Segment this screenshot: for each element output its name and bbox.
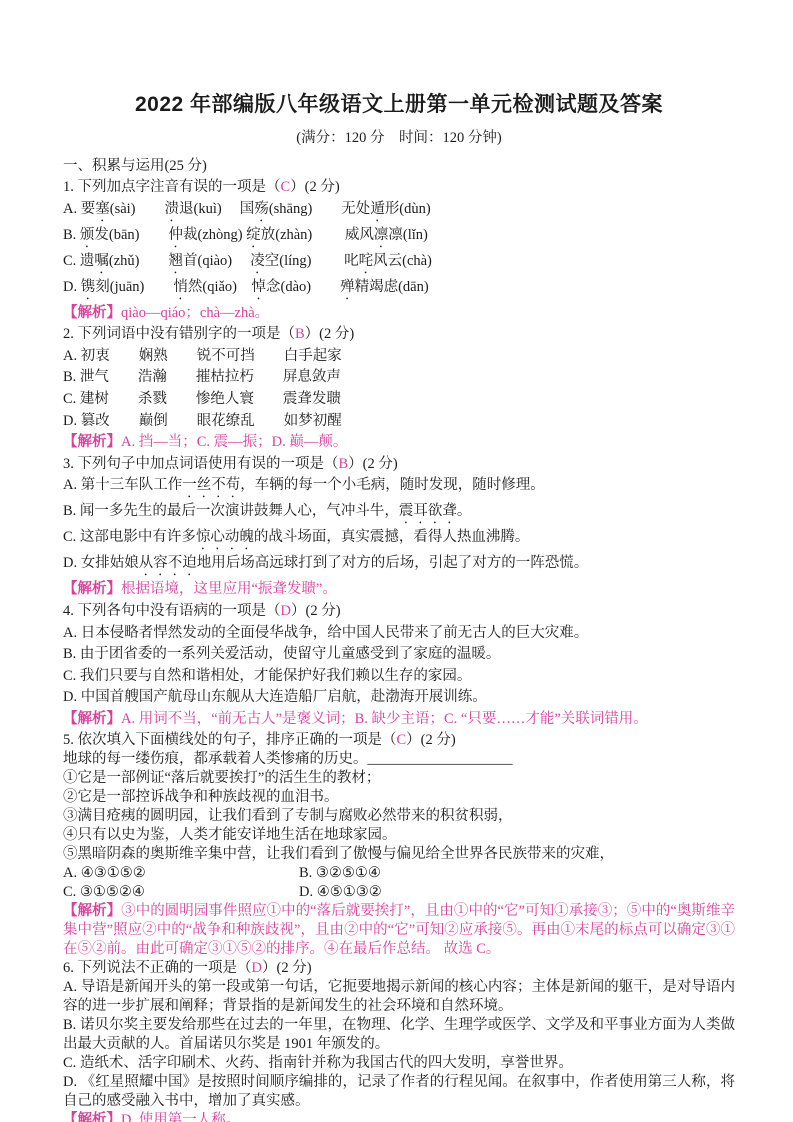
question-6: 6. 下列说法不正确的一项是（D）(2 分) A. 导语是新闻开头的第一段或第一… <box>63 959 735 1122</box>
answer-letter: C <box>397 732 407 748</box>
question-6-prompt: 6. 下列说法不正确的一项是（D）(2 分) <box>63 959 735 978</box>
option-line: C. 建树 杀戮 惨绝人寰 震聋发聩 <box>63 389 735 411</box>
answer-letter: D <box>281 603 291 619</box>
option-line: B. 诺贝尔奖主要发给那些在过去的一年里，在物理、化学、生理学或医学、文学及和平… <box>63 1016 735 1054</box>
analysis-label: 【解析】 <box>63 1112 121 1122</box>
analysis-label: 【解析】 <box>63 305 121 321</box>
prompt-text: ）(2 分) <box>290 179 340 195</box>
prompt-text: 5. 依次填入下面横线处的句子，排序正确的一项是（ <box>63 732 397 748</box>
option-line: C. 遗嘱(zhǔ) 翘首(qiào) 凌空(líng) 叱咤风云(chà) <box>63 251 735 277</box>
prompt-text: ）(2 分) <box>291 603 341 619</box>
option-line: A. 导语是新闻开头的第一段或第一句话，它扼要地揭示新闻的核心内容；主体是新闻的… <box>63 978 735 1016</box>
answer-letter: B <box>295 326 305 342</box>
answer-letter: D <box>252 960 262 976</box>
prompt-text: 3. 下列句子中加点词语使用有误的一项是（ <box>63 456 339 472</box>
choice-item: B. ③②⑤①④ <box>299 864 735 883</box>
option-line: D. 《红星照耀中国》是按照时间顺序编排的，记录了作者的行程见闻。在叙事中，作者… <box>63 1073 735 1111</box>
analysis-line: 【解析】A. 用词不当，“前无古人”是褒义词；B. 缺少主语；C. “只要……才… <box>63 709 735 731</box>
analysis-line: 【解析】qiào—qiáo；chà—zhà。 <box>63 303 735 325</box>
analysis-line: 【解析】A. 挡—当；C. 震—振；D. 巅—颠。 <box>63 432 735 454</box>
prompt-text: 6. 下列说法不正确的一项是（ <box>63 960 252 976</box>
option-line: D. 篡改 巅倒 眼花缭乱 如梦初醒 <box>63 411 735 433</box>
page-title: 2022 年部编版八年级语文上册第一单元检测试题及答案 <box>63 88 735 118</box>
prompt-text: ）(2 分) <box>348 456 398 472</box>
analysis-line: 【解析】根据语境，这里应用“振聋发聩”。 <box>63 579 735 601</box>
option-line: B. 闻一多先生的最后一次演讲鼓舞人心，气冲斗牛，震耳欲聋。 <box>63 501 735 527</box>
analysis-label: 【解析】 <box>63 434 121 450</box>
prompt-text: ）(2 分) <box>305 326 355 342</box>
option-line: B. 泄气 浩瀚 摧枯拉朽 屏息敛声 <box>63 367 735 389</box>
prompt-text: 4. 下列各句中没有语病的一项是（ <box>63 603 281 619</box>
analysis-text: qiào—qiáo；chà—zhà。 <box>121 305 269 321</box>
question-5-prompt: 5. 依次填入下面横线处的句子，排序正确的一项是（C）(2 分) <box>63 731 735 750</box>
sentence-line: ①它是一部例证“落后就要挨打”的活生生的教材； <box>63 769 735 788</box>
prompt-text: 1. 下列加点字注音有误的一项是（ <box>63 179 281 195</box>
analysis-label: 【解析】 <box>63 711 121 727</box>
question-1: 1. 下列加点字注音有误的一项是（C）(2 分) A. 要塞(sài) 溃退(k… <box>63 177 735 324</box>
analysis-text: A. 用词不当，“前无古人”是褒义词；B. 缺少主语；C. “只要……才能”关联… <box>121 711 648 727</box>
question-2-prompt: 2. 下列词语中没有错别字的一项是（B）(2 分) <box>63 324 735 346</box>
analysis-line: 【解析】D. 使用第一人称。 <box>63 1111 735 1122</box>
answer-letter: C <box>281 179 291 195</box>
option-line: C. 我们只要与自然和谐相处，才能保护好我们赖以生存的家园。 <box>63 666 735 688</box>
sentence-line: ③满目疮痍的圆明园，让我们看到了专制与腐败必然带来的积贫积弱， <box>63 807 735 826</box>
option-line: C. 这部电影中有许多惊心动魄的战斗场面，真实震撼，看得人热血沸腾。 <box>63 527 735 553</box>
page-subtitle: (满分：120 分 时间：120 分钟) <box>63 128 735 148</box>
sentence-line: ⑤黑暗阴森的奥斯维辛集中营，让我们看到了傲慢与偏见给全世界各民族带来的灾难， <box>63 845 735 864</box>
prompt-text: ）(2 分) <box>406 732 456 748</box>
analysis-label: 【解析】 <box>63 581 121 597</box>
analysis-text: 根据语境，这里应用“振聋发聩”。 <box>121 581 337 597</box>
option-line: D. 女排姑娘从容不迫地用后场高远球打到了对方的后场，引起了对方的一阵恐慌。 <box>63 553 735 579</box>
prompt-text: ）(2 分) <box>262 960 312 976</box>
question-5: 5. 依次填入下面横线处的句子，排序正确的一项是（C）(2 分) 地球的每一缕伤… <box>63 731 735 959</box>
question-3: 3. 下列句子中加点词语使用有误的一项是（B）(2 分) A. 第十三车队工作一… <box>63 454 735 601</box>
analysis-line: 【解析】③中的圆明园事件照应①中的“落后就要挨打”，且由①中的“它”可知①承接③… <box>63 902 735 959</box>
sentence-line: ②它是一部控诉战争和种族歧视的血泪书。 <box>63 788 735 807</box>
analysis-text: A. 挡—当；C. 震—振；D. 巅—颠。 <box>121 434 347 450</box>
answer-letter: B <box>339 456 349 472</box>
option-line: A. 第十三车队工作一丝不苟，车辆的每一个小毛病，随时发现，随时修理。 <box>63 475 735 501</box>
question-4-prompt: 4. 下列各句中没有语病的一项是（D）(2 分) <box>63 601 735 623</box>
option-line: B. 颁发(bān) 仲裁(zhòng) 绽放(zhàn) 威风凛凛(lǐn) <box>63 225 735 251</box>
analysis-text: ③中的圆明园事件照应①中的“落后就要挨打”，且由①中的“它”可知①承接③；⑤中的… <box>63 903 735 957</box>
question-4: 4. 下列各句中没有语病的一项是（D）(2 分) A. 日本侵略者悍然发动的全面… <box>63 601 735 731</box>
option-line: B. 由于团省委的一系列关爱活动，使留守儿童感受到了家庭的温暖。 <box>63 644 735 666</box>
question-3-prompt: 3. 下列句子中加点词语使用有误的一项是（B）(2 分) <box>63 454 735 476</box>
sentence-line: ④只有以史为鉴，人类才能安详地生活在地球家园。 <box>63 826 735 845</box>
question-1-prompt: 1. 下列加点字注音有误的一项是（C）(2 分) <box>63 177 735 199</box>
prompt-text: 2. 下列词语中没有错别字的一项是（ <box>63 326 295 342</box>
option-line: A. 初衷 娴熟 锐不可挡 白手起家 <box>63 346 735 368</box>
question-5-intro: 地球的每一缕伤痕，都承载着人类惨痛的历史。___________________… <box>63 750 735 769</box>
choice-grid: A. ④③①⑤② B. ③②⑤①④ C. ③①⑤②④ D. ④⑤①③② <box>63 864 735 902</box>
option-line: D. 中国首艘国产航母山东舰从大连造船厂启航，赴渤海开展训练。 <box>63 687 735 709</box>
analysis-label: 【解析】 <box>63 903 121 919</box>
option-line: A. 要塞(sài) 溃退(kuì) 国殇(shāng) 无处遁形(dùn) <box>63 199 735 225</box>
choice-item: A. ④③①⑤② <box>63 864 299 883</box>
analysis-text: D. 使用第一人称。 <box>121 1112 240 1122</box>
option-line: A. 日本侵略者悍然发动的全面侵华战争，给中国人民带来了前无古人的巨大灾难。 <box>63 623 735 645</box>
question-2: 2. 下列词语中没有错别字的一项是（B）(2 分) A. 初衷 娴熟 锐不可挡 … <box>63 324 735 454</box>
document-page: 2022 年部编版八年级语文上册第一单元检测试题及答案 (满分：120 分 时间… <box>0 0 793 1122</box>
choice-item: C. ③①⑤②④ <box>63 883 299 902</box>
choice-item: D. ④⑤①③② <box>299 883 735 902</box>
option-line: D. 镌刻(juān) 悄然(qiǎo) 悼念(dào) 殚精竭虑(dān) <box>63 277 735 303</box>
option-line: C. 造纸术、活字印刷术、火药、指南针并称为我国古代的四大发明，享誉世界。 <box>63 1054 735 1073</box>
section-heading: 一、积累与运用(25 分) <box>63 156 735 177</box>
